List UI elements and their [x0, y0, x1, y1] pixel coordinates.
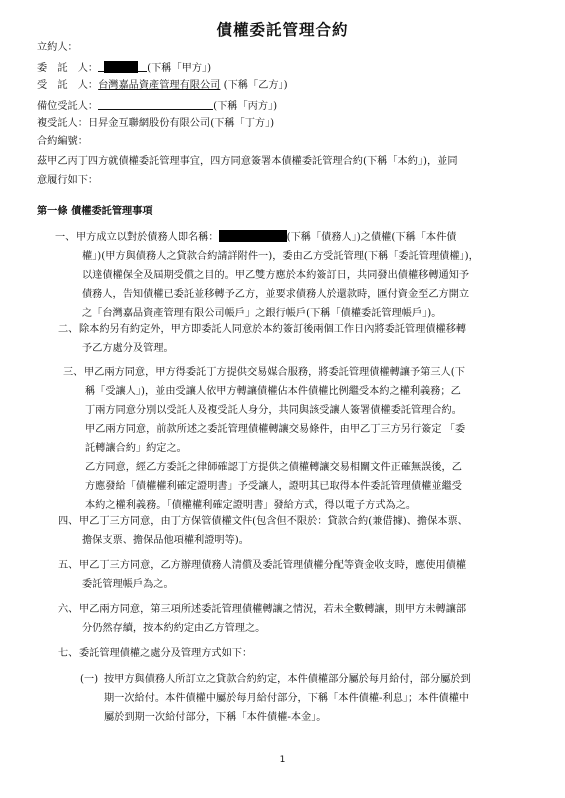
party-a-line: 委 託 人：(下稱「甲方」)	[37, 60, 211, 76]
party-c-name-blank	[98, 98, 213, 110]
parties-label: 立約人：	[37, 41, 78, 55]
party-c-suffix: (下稱「丙方」)	[213, 101, 277, 112]
item-number: 一、	[55, 228, 75, 247]
item-line: 甲乙兩方同意，甲方得委託丁方提供交易媒合服務，將委託管理債權轉讓予第三人(下	[84, 363, 465, 382]
item-line: 甲乙丁三方同意，乙方辦理債務人清償及委託管理債權分配等資金收支時，應使用債權	[79, 556, 466, 575]
party-c-label: 備位受託人：	[37, 101, 98, 112]
party-a-name-redacted	[104, 61, 138, 73]
subitem-number: (一)	[80, 670, 98, 689]
item-line: 甲乙丁三方同意，由丁方保管債權文件(包含但不限於：貸款合約(兼借據)、擔保本票、	[79, 512, 468, 531]
item-line: 予乙方處分及管理。	[82, 339, 174, 358]
contract-number-line: 合約編號：	[37, 135, 88, 149]
item-line: 擔保支票、擔保品他項權利證明等)。	[82, 531, 249, 550]
item-line: 分仍然存續，按本約約定由乙方管理之。	[82, 619, 265, 638]
item-line: 託轉讓合約」約定之。	[85, 439, 465, 458]
contract-number-label: 合約編號：	[37, 136, 88, 147]
party-d-label: 複受託人：	[37, 118, 88, 129]
item-line: 丁兩方同意分別以受託人及複受託人身分，共同與該受讓人簽署債權委託管理合約。	[85, 401, 465, 420]
item-line: 委託管理帳戶為之。	[82, 575, 174, 594]
party-a-label: 委 託 人：	[37, 63, 98, 74]
party-a-suffix: (下稱「甲方」)	[147, 63, 211, 74]
document-title: 債權委託管理合約	[0, 18, 565, 40]
party-b-line: 受 託 人：台灣嘉品資產管理有限公司 (下稱「乙方」)	[37, 79, 288, 93]
item-line: 乙方同意，經乙方委託之律師確認丁方提供之債權轉讓交易相關文件正確無誤後，乙	[85, 458, 465, 477]
item-number: 六、	[58, 600, 78, 619]
item-number: 七、	[58, 644, 78, 663]
item-line: 委託管理債權之處分及管理方式如下：	[79, 644, 252, 663]
item-line: 稱「受讓人」)，並由受讓人依甲方轉讓債權佔本件債權比例繼受本約之權利義務；乙	[85, 382, 465, 401]
party-d-name: 日昇金互聯網股份有限公司	[88, 118, 210, 129]
party-b-name: 台灣嘉品資產管理有限公司	[98, 80, 220, 91]
subitem-line: 屬於到期一次給付部分，下稱「本件債權-本金」。	[104, 708, 469, 727]
item-line: 甲乙兩方同意，前款所述之委託管理債權轉讓交易條件，由甲乙丁三方另行簽定 「委	[85, 420, 465, 439]
item-number: 二、	[58, 320, 78, 339]
item-line: 甲乙兩方同意，第三項所述委託管理債權轉讓之情況，若未全數轉讓，則甲方未轉讓部	[79, 600, 466, 619]
item-line: 權」)(甲方與債務人之貸款合約請詳附件一)，委由乙方受託管理(下稱「委託管理債權…	[82, 247, 479, 266]
item-line: 債務人，告知債權已委託並移轉予乙方，並要求債務人於還款時，匯付資金至乙方開立	[82, 285, 479, 304]
party-d-line: 複受託人：日昇金互聯網股份有限公司(下稱「丁方」)	[37, 117, 274, 131]
item-line: 除本約另有約定外，甲方即委託人同意於本約簽訂後兩個工作日內將委託管理債權移轉	[79, 320, 466, 339]
party-b-label: 受 託 人：	[37, 80, 98, 91]
item-line: 甲方成立以對於債務人即名稱：(下稱「債務人」)之債權(下稱「本件債	[76, 228, 456, 247]
item-number: 五、	[58, 556, 78, 575]
preamble-line-1: 茲甲乙丙丁四方就債權委託管理事宜，四方同意簽署本債權委託管理合約(下稱「本約」)…	[37, 155, 458, 169]
document-page: 債權委託管理合約 立約人： 委 託 人：(下稱「甲方」) 受 託 人：台灣嘉品資…	[0, 0, 565, 798]
preamble-line-2: 意履行如下：	[37, 174, 98, 188]
subitem-line: 按甲方與債務人所訂立之貸款合約約定，本件債權部分屬於每月給付，部分屬於到	[104, 670, 471, 689]
debtor-name-redacted	[219, 230, 287, 242]
party-d-suffix: (下稱「丁方」)	[210, 118, 274, 129]
page-number: 1	[0, 755, 565, 765]
item-line: 以達債權保全及屆期受償之目的。甲乙雙方應於本約簽訂日，共同發出債權移轉通知予	[82, 266, 479, 285]
item-number: 三、	[63, 363, 83, 382]
article-1-heading: 第一條 債權委託管理事項	[37, 204, 153, 218]
item-number: 四、	[58, 512, 78, 531]
subitem-line: 期一次給付。本件債權中屬於每月給付部分，下稱「本件債權-利息」；本件債權中	[104, 689, 469, 708]
item-line: 方應發給「債權權利確定證明書」予受讓人，證明其已取得本件委託管理債權並繼受	[85, 477, 465, 496]
party-c-line: 備位受託人：(下稱「丙方」)	[37, 98, 277, 114]
party-b-suffix: (下稱「乙方」)	[220, 80, 287, 91]
